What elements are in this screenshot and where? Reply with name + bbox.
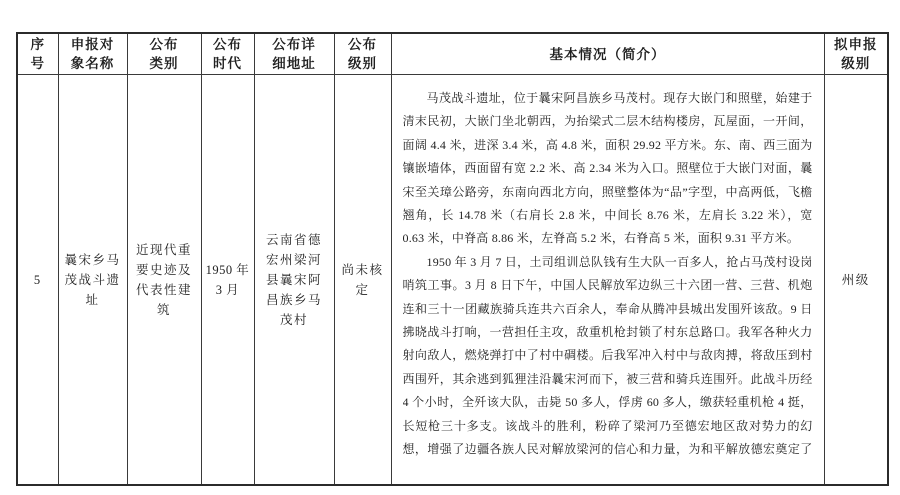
header-basic-info: 基本情况（简介）	[391, 33, 824, 75]
basic-info-paragraph-2: 1950 年 3 月 7 日，土司组训总队钱有生大队一百多人，抢占马茂村设岗哨筑…	[403, 251, 813, 466]
header-object-name: 申报对 象名称	[58, 33, 127, 75]
header-row: 序 号 申报对 象名称 公布 类别 公布 时代 公布详 细地址 公布 级别 基本…	[17, 33, 888, 75]
cell-detailed-address: 云南省德宏州梁河县曩宋阿昌族乡马茂村	[254, 75, 334, 486]
header-publish-era: 公布 时代	[201, 33, 254, 75]
header-publish-category: 公布 类别	[127, 33, 201, 75]
basic-info-paragraph-1: 马茂战斗遗址，位于曩宋阿昌族乡马茂村。现存大嵌门和照壁，始建于清末民初，大嵌门坐…	[403, 87, 813, 251]
heritage-declaration-table: 序 号 申报对 象名称 公布 类别 公布 时代 公布详 细地址 公布 级别 基本…	[16, 32, 889, 486]
header-serial-number: 序 号	[17, 33, 58, 75]
cell-publish-level: 尚未核定	[334, 75, 391, 486]
header-publish-level: 公布 级别	[334, 33, 391, 75]
cell-object-name: 曩宋乡马茂战斗遗址	[58, 75, 127, 486]
cell-publish-category: 近现代重要史迹及代表性建筑	[127, 75, 201, 486]
table-row: 5 曩宋乡马茂战斗遗址 近现代重要史迹及代表性建筑 1950 年 3 月 云南省…	[17, 75, 888, 486]
cell-proposed-level: 州级	[824, 75, 888, 486]
cell-basic-info: 马茂战斗遗址，位于曩宋阿昌族乡马茂村。现存大嵌门和照壁，始建于清末民初，大嵌门坐…	[391, 75, 824, 486]
basic-info-text: 马茂战斗遗址，位于曩宋阿昌族乡马茂村。现存大嵌门和照壁，始建于清末民初，大嵌门坐…	[403, 87, 813, 466]
header-detailed-address: 公布详 细地址	[254, 33, 334, 75]
header-proposed-level: 拟申报 级别	[824, 33, 888, 75]
cell-publish-era: 1950 年 3 月	[201, 75, 254, 486]
cell-serial-number: 5	[17, 75, 58, 486]
